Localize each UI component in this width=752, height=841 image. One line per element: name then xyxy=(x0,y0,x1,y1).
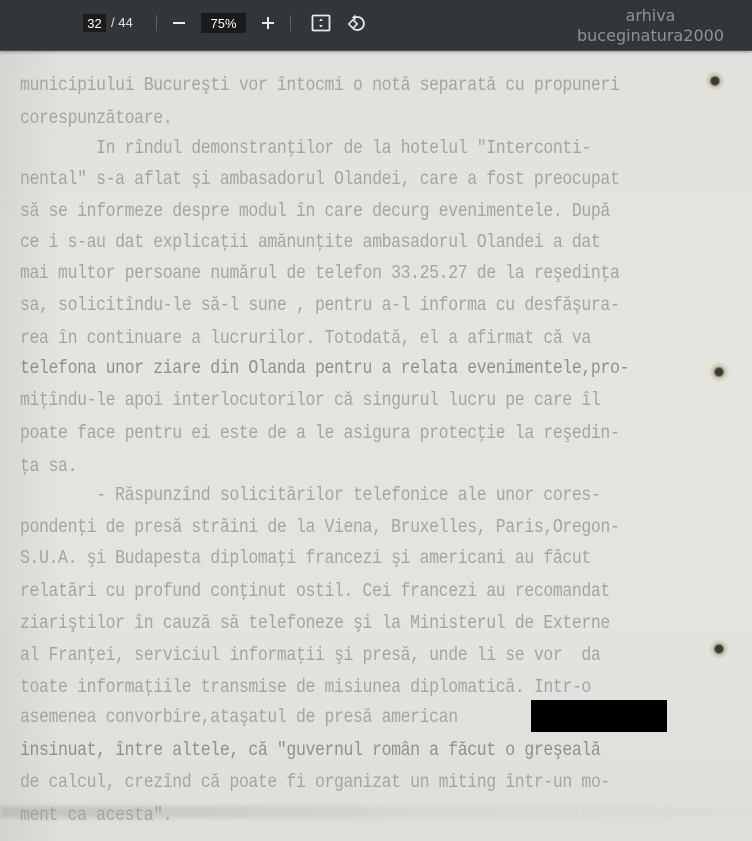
text-line: poate face pentru ei este de a le asigur… xyxy=(20,422,619,444)
watermark: arhiva buceginatura2000 xyxy=(577,6,724,46)
document-page: municipiului Bucureşti vor întocmi o not… xyxy=(0,51,752,841)
text-line: al Franţei, serviciul informaţii şi pres… xyxy=(20,644,600,666)
text-line: de calcul, crezînd că poate fi organizat… xyxy=(20,771,610,793)
watermark-line-1: arhiva xyxy=(577,6,724,26)
text-line: ziariştilor în cauză să telefoneze şi la… xyxy=(20,612,610,634)
zoom-in-button[interactable] xyxy=(256,11,280,35)
redaction-box xyxy=(531,700,667,732)
text-line: miţîndu-le apoi interlocutorilor că sing… xyxy=(20,389,600,411)
text-line: - Răspunzînd solicitărilor telefonice al… xyxy=(20,484,600,506)
punch-hole xyxy=(706,358,732,386)
rotate-counterclockwise-icon xyxy=(347,13,367,33)
text-line: să se informeze despre modul în care dec… xyxy=(20,200,610,222)
text-line: corespunzătoare. xyxy=(20,107,172,129)
fit-to-page-icon xyxy=(311,14,331,32)
text-line: relatări cu profund conţinut ostil. Cei … xyxy=(20,580,610,602)
text-line: telefona unor ziare din Olanda pentru a … xyxy=(20,357,629,379)
zoom-out-button[interactable] xyxy=(167,11,191,35)
punch-hole xyxy=(702,67,728,95)
watermark-line-2: buceginatura2000 xyxy=(577,26,724,46)
text-line: rea în continuare a lucrurilor. Totodată… xyxy=(20,327,591,349)
punch-hole xyxy=(706,635,732,663)
text-line: pondenţi de presă străini de la Viena, B… xyxy=(20,516,619,538)
rotate-button[interactable] xyxy=(345,11,369,35)
minus-icon xyxy=(172,16,186,30)
fit-to-page-button[interactable] xyxy=(309,11,333,35)
text-line: In rîndul demonstranţilor de la hotelul … xyxy=(20,137,591,159)
page-number-input[interactable] xyxy=(83,14,106,32)
text-line: sa, solicitîndu-le să-l sune , pentru a-… xyxy=(20,294,619,316)
text-line: ce i s-au dat explicaţii amănunţite amba… xyxy=(20,231,600,253)
zoom-level-input[interactable] xyxy=(201,13,246,33)
plus-icon xyxy=(261,16,275,30)
text-line: nental" s-a aflat şi ambasadorul Olandei… xyxy=(20,168,619,190)
page-count: / 44 xyxy=(111,15,133,30)
text-line: mai multor persoane numărul de telefon 3… xyxy=(20,262,619,284)
text-line: municipiului Bucureşti vor întocmi o not… xyxy=(20,74,619,96)
text-line: S.U.A. şi Budapesta diplomaţi francezi ş… xyxy=(20,547,591,569)
toolbar-divider xyxy=(290,15,291,31)
text-line: ţa sa. xyxy=(20,455,77,477)
toolbar-divider xyxy=(156,15,157,31)
text-line: toate informaţiile transmise de misiunea… xyxy=(20,676,591,698)
pdf-toolbar: / 44 arhiva buceginatura2000 xyxy=(0,0,752,51)
text-line: asemenea convorbire,ataşatul de presă am… xyxy=(20,706,600,728)
text-line: insinuat, între altele, că "guvernul rom… xyxy=(20,739,600,761)
page-separator: / xyxy=(111,15,115,30)
text-line: ment ca acesta". xyxy=(20,804,172,826)
total-pages: 44 xyxy=(118,15,132,30)
